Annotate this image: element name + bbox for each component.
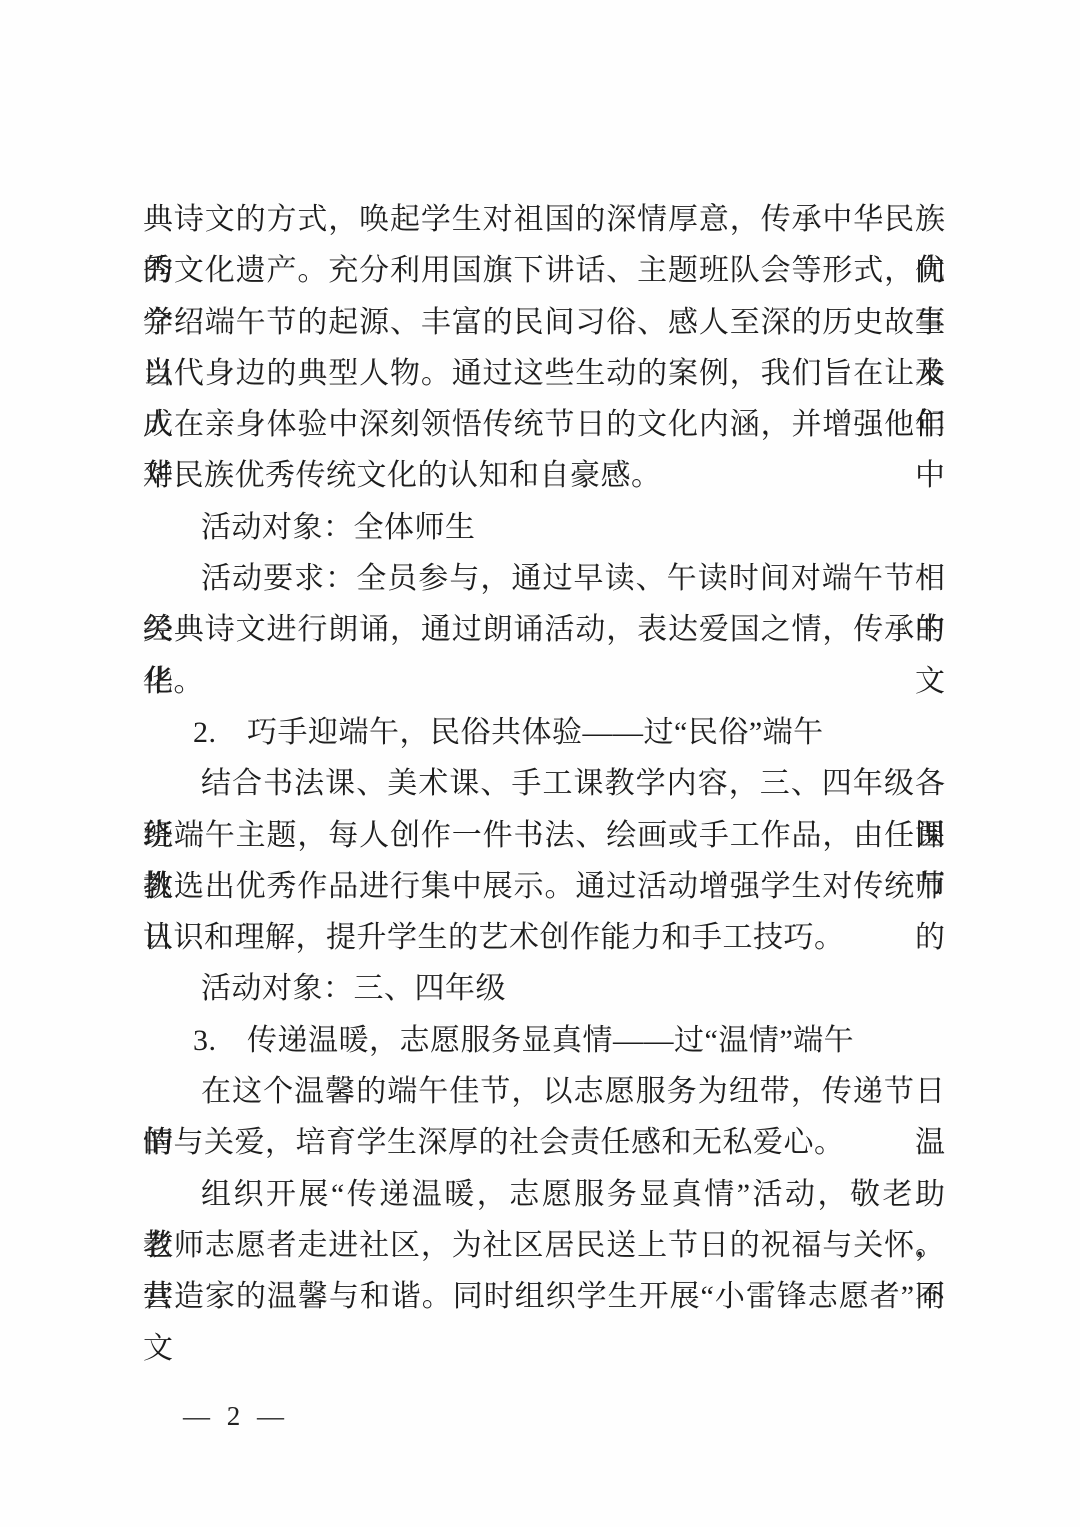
text-line: 人在亲身体验中深刻领悟传统节日的文化内涵，并增强他们对中 xyxy=(143,399,945,450)
numbered-heading-line: 2. 巧手迎端午，民俗共体验——过“民俗”端午 xyxy=(143,707,945,758)
text-line: 当代身边的典型人物。通过这些生动的案例，我们旨在让未成年 xyxy=(143,348,945,399)
page-number: — 2 — xyxy=(183,1396,289,1436)
text-line: 活动要求：全员参与，通过早读、午读时间对端午节相关的 xyxy=(143,553,945,604)
activity-target-line: 活动对象：三、四年级 xyxy=(143,963,945,1014)
text-line: 营造家的温馨与和谐。同时组织学生开展“小雷锋志愿者”不文 xyxy=(143,1271,945,1322)
text-line: 情与关爱，培育学生深厚的社会责任感和无私爱心。 xyxy=(143,1117,945,1168)
text-line: 在这个温馨的端午佳节，以志愿服务为纽带，传递节日的温 xyxy=(143,1066,945,1117)
text-line: 经典诗文进行朗诵，通过朗诵活动，表达爱国之情，传承中华文 xyxy=(143,604,945,655)
text-line: 秀文化遗产。充分利用国旗下讲话、主题班队会等形式，向学生 xyxy=(143,245,945,296)
text-line: 介绍端午节的起源、丰富的民间习俗、感人至深的历史故事以及 xyxy=(143,297,945,348)
text-line: 结合书法课、美术课、手工课教学内容，三、四年级各班围 xyxy=(143,758,945,809)
text-line: 组织开展“传递温暖，志愿服务显真情”活动，敬老助老。 xyxy=(143,1169,945,1220)
text-line: 教师志愿者走进社区，为社区居民送上节日的祝福与关怀，共同 xyxy=(143,1220,945,1271)
activity-target-line: 活动对象：全体师生 xyxy=(143,502,945,553)
numbered-heading-line: 3. 传递温暖，志愿服务显真情——过“温情”端午 xyxy=(143,1015,945,1066)
text-line: 挑选出优秀作品进行集中展示。通过活动增强学生对传统节日的 xyxy=(143,861,945,912)
document-page: 典诗文的方式，唤起学生对祖国的深情厚意，传承中华民族的优 秀文化遗产。充分利用国… xyxy=(0,0,1080,1527)
text-line: 认识和理解，提升学生的艺术创作能力和手工技巧。 xyxy=(143,912,945,963)
document-body-text: 典诗文的方式，唤起学生对祖国的深情厚意，传承中华民族的优 秀文化遗产。充分利用国… xyxy=(143,194,945,1323)
text-line: 绕端午主题，每人创作一件书法、绘画或手工作品，由任课教师 xyxy=(143,810,945,861)
text-line: 典诗文的方式，唤起学生对祖国的深情厚意，传承中华民族的优 xyxy=(143,194,945,245)
